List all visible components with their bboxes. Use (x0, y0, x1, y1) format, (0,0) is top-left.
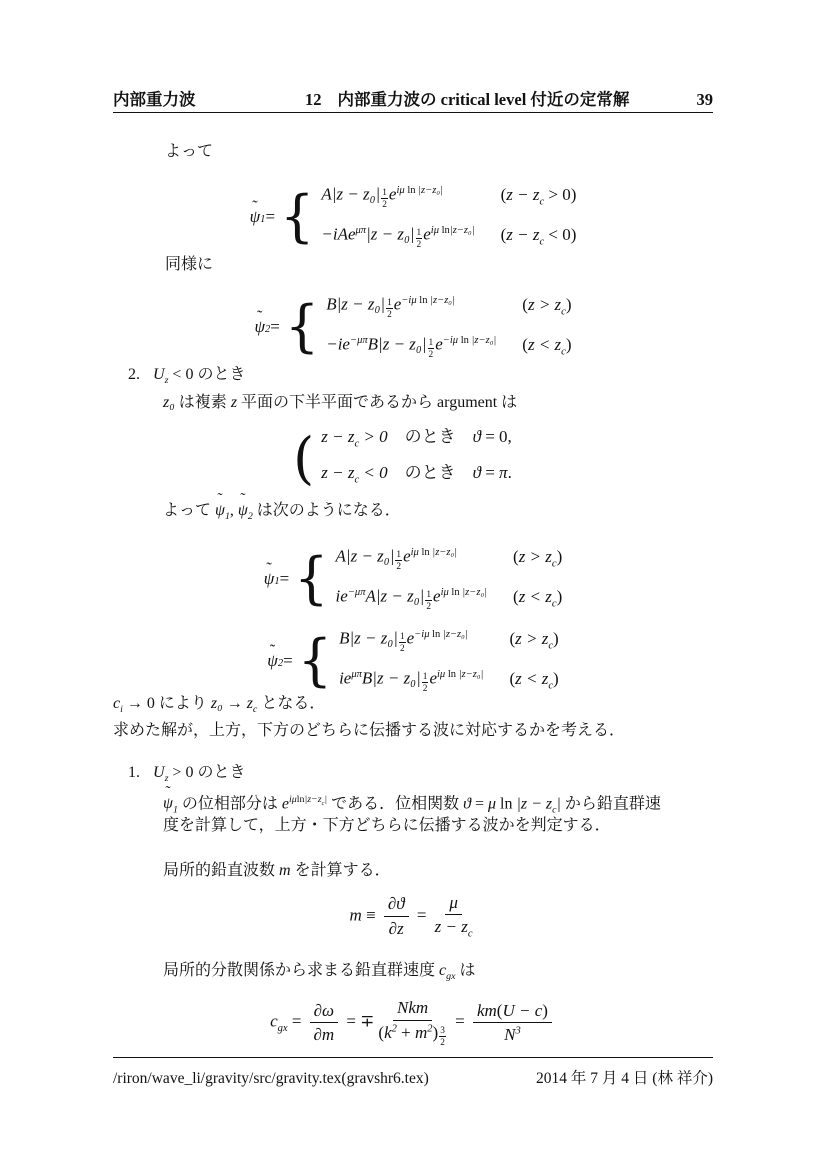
equation-lhs: ˜ψ1 = (250, 207, 275, 227)
section-title: 内部重力波の critical level 付近の定常解 (338, 90, 630, 109)
section-number: 12 (305, 90, 322, 109)
list-item-number: 1. (128, 764, 140, 782)
list-item-2-heading: 2. Uz < 0 のとき (128, 361, 245, 386)
cases-block: B|z − z₀|12e−iμ ln |z−z₀| (z > zc) −ie−μ… (326, 288, 571, 365)
paragraph-douyou: 同様に (165, 252, 213, 278)
equation-psi2-first: ˜ψ2 = { B|z − z₀|12e−iμ ln |z−z₀| (z > z… (113, 288, 713, 365)
equation-lhs: ˜ψ2 = (267, 651, 292, 671)
cases-block: A|z − z₀|12eiμ ln |z−z₀| (z − zc > 0) −i… (321, 178, 576, 255)
case-condition: (z < zc) (509, 666, 558, 699)
equation-group-velocity: cgx = ∂ω∂m = ∓Nkm(k2 + m2)32 = km(U − c)… (113, 995, 713, 1051)
case-expression: z − zc > 0 のとき ϑ = 0, (321, 424, 512, 457)
list-item-title: Uz < 0 のとき (153, 361, 245, 386)
cases-block: B|z − z₀|12e−iμ ln |z−z₀| (z > zc) ieμπB… (339, 622, 559, 699)
case-expression: ieμπB|z − z₀|12eiμ ln |z−z₀| (339, 662, 483, 694)
footer-date-author: 2014 年 7 月 4 日 (林 祥介) (536, 1066, 713, 1088)
page-number: 39 (697, 90, 714, 110)
equation-vertical-wavenumber: m ≡ ∂ϑ∂z = μz − zc (113, 890, 713, 942)
list-item-title: Uz > 0 のとき (153, 759, 245, 784)
equation-psi2-second: ˜ψ2 = { B|z − z₀|12e−iμ ln |z−z₀| (z > z… (113, 622, 713, 699)
case-condition: (z > zc) (513, 544, 562, 577)
case-condition: (z > zc) (522, 292, 571, 325)
case-expression: −ie−μπB|z − z₀|12e−iμ ln |z−z₀| (326, 328, 496, 360)
case-condition: (z − zc < 0) (501, 222, 577, 255)
page-header: 内部重力波 12内部重力波の critical level 付近の定常解 39 (113, 86, 713, 110)
case-condition: (z − zc > 0) (501, 182, 577, 215)
page-footer: /riron/wave_li/gravity/src/gravity.tex(g… (113, 1066, 713, 1088)
equation-psi1-second: ˜ψ1 = { A|z − z₀|12eiμ ln |z−z₀| (z > zc… (113, 540, 713, 617)
equation-body: cgx = ∂ω∂m = ∓Nkm(k2 + m2)32 = km(U − c)… (270, 997, 556, 1048)
paragraph-group-velocity: 局所的分散関係から求まる鉛直群速度 cgx は (163, 958, 476, 990)
paragraph-phase-line2: 度を計算して，上方・下方どちらに伝播する波かを判定する． (163, 813, 611, 839)
paragraph-wavenumber: 局所的鉛直波数 m を計算する． (163, 858, 391, 884)
case-expression: B|z − z₀|12e−iμ ln |z−z₀| (339, 622, 483, 654)
footer-file-path: /riron/wave_li/gravity/src/gravity.tex(g… (113, 1070, 429, 1088)
running-title: 内部重力波 (113, 86, 305, 110)
case-condition: (z < zc) (513, 584, 562, 617)
case-expression: z − zc < 0 のとき ϑ = π. (321, 460, 512, 493)
left-brace: { (298, 632, 332, 688)
left-brace: { (294, 550, 328, 606)
case-expression: ie−μπA|z − z₀|12eiμ ln |z−z₀| (336, 580, 487, 612)
equation-lhs: ˜ψ2 = (254, 317, 279, 337)
paragraph-yotte2: よって ˜ψ1, ˜ψ2 は次のようになる． (163, 498, 401, 530)
case-expression: A|z − z₀|12eiμ ln |z−z₀| (321, 178, 474, 210)
list-item-1-heading: 1. Uz > 0 のとき (128, 759, 245, 784)
list-item-number: 2. (128, 366, 140, 384)
section-header: 12内部重力波の critical level 付近の定常解 (305, 86, 697, 110)
paragraph-yotte: よって (165, 139, 213, 165)
left-brace: { (285, 298, 319, 354)
paragraph-argument: z₀ は複素 z 平面の下半平面であるから argument は (163, 390, 517, 416)
cases-block: A|z − z₀|12eiμ ln |z−z₀| (z > zc) ie−μπA… (336, 540, 563, 617)
equation-psi1-first: ˜ψ1 = { A|z − z₀|12eiμ ln |z−z₀| (z − zc… (113, 178, 713, 255)
footer-rule (113, 1057, 713, 1058)
case-condition: (z < zc) (522, 332, 571, 365)
document-page: 内部重力波 12内部重力波の critical level 付近の定常解 39 … (0, 0, 826, 1169)
cases-block: z − zc > 0 のとき ϑ = 0, z − zc < 0 のとき ϑ =… (321, 424, 538, 494)
left-paren: ( (293, 431, 314, 487)
case-expression: −iAeμπ|z − z₀|12eiμ ln|z−z₀| (321, 218, 474, 250)
left-brace: { (280, 188, 314, 244)
paragraph-motome: 求めた解が，上方，下方のどちらに伝播する波に対応するかを考える． (113, 718, 625, 744)
equation-argument-cases: ( z − zc > 0 のとき ϑ = 0, z − zc < 0 のとき ϑ… (113, 424, 713, 494)
case-expression: A|z − z₀|12eiμ ln |z−z₀| (336, 540, 487, 572)
header-rule (113, 112, 713, 113)
case-expression: B|z − z₀|12e−iμ ln |z−z₀| (326, 288, 496, 320)
case-condition: (z > zc) (509, 626, 558, 659)
equation-body: m ≡ ∂ϑ∂z = μz − zc (349, 892, 476, 941)
equation-lhs: ˜ψ1 = (264, 569, 289, 589)
